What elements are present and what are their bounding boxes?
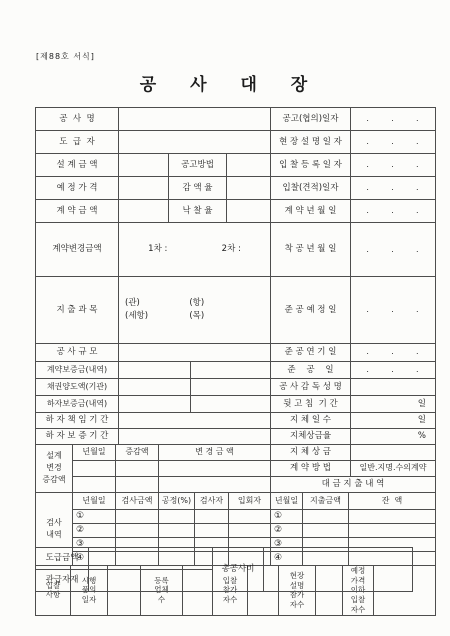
gwan-label: (관) — [125, 298, 189, 309]
witness-header: 입회자 — [229, 492, 271, 509]
site-briefing-date-label: 현 장 설 명 일 자 — [271, 131, 351, 154]
bid-date-field: . . . — [351, 177, 436, 200]
contract-sum-field — [89, 548, 213, 570]
announcement-date-label: 공고(협의)일자 — [271, 108, 351, 131]
section-amounts: 설 계 금 액 공고방법 입 찰 등 록 일 자 . . . 예 정 가 격 감… — [35, 153, 436, 223]
contract-deposit-field-2 — [191, 361, 271, 378]
section-expenditure-item: 지 출 과 목 (관) (항) (세항) (목) 준 공 예 정 일 . . . — [35, 276, 436, 344]
design-change-date-field-2 — [73, 476, 116, 492]
contract-change-amount-label: 계약변경금액 — [36, 223, 119, 277]
inspection-row-2-amount — [116, 523, 159, 537]
payout-row-1-balance — [349, 509, 436, 523]
section-summary: 도급금액 총공사비 관급자재 — [35, 547, 413, 592]
announcement-date-field: . . . — [351, 108, 436, 131]
contract-sum-label: 도급금액 — [36, 548, 89, 570]
inspection-row-1-progress — [159, 509, 195, 523]
estimated-price-field — [119, 177, 169, 200]
inspection-row-2-witness — [229, 523, 271, 537]
design-change-amount-field-2 — [116, 476, 159, 492]
contract-method-label: 계 약 방 법 — [271, 460, 351, 476]
inspection-row-1-num: ① — [73, 509, 116, 523]
defect-warranty-period-label: 하 자 보 증 기 간 — [36, 428, 119, 444]
inspection-row-1-inspector — [195, 509, 229, 523]
construction-scale-label: 공 사 규 모 — [36, 343, 119, 361]
defect-deposit-field-2 — [191, 395, 271, 412]
design-change-changed-field — [159, 460, 271, 476]
inspector-header: 검사자 — [195, 492, 229, 509]
inspection-row-1-witness — [229, 509, 271, 523]
announce-method-label: 공고방법 — [169, 154, 227, 177]
expenditure-item-label: 지 출 과 목 — [36, 277, 119, 344]
reduction-rate-label: 감 액 율 — [169, 177, 227, 200]
construction-name-label: 공 사 명 — [36, 108, 119, 131]
payout-date-header: 년월일 — [271, 492, 303, 509]
bond-transfer-field-1 — [119, 378, 191, 395]
construction-scale-field — [119, 343, 271, 361]
change-2nd-label: 2차 : — [222, 244, 241, 255]
announce-method-field — [227, 154, 271, 177]
completion-delay-date-field: . . . — [351, 343, 436, 361]
start-date-label: 착 공 년 월 일 — [271, 223, 351, 277]
gov-material-label: 관급자재 — [36, 570, 89, 592]
design-change-amount-field — [116, 460, 159, 476]
bid-registration-date-field: . . . — [351, 154, 436, 177]
winning-rate-label: 낙 찰 율 — [169, 200, 227, 223]
contract-date-label: 계 약 년 월 일 — [271, 200, 351, 223]
section-deposits: 계약보증금(내역) 준 공 일 . . . 채권양도액(기관) 공 사 감 독 … — [35, 361, 436, 413]
payout-row-2-balance — [349, 523, 436, 537]
gov-material-field — [89, 570, 213, 592]
payout-amount-header: 지출금액 — [303, 492, 349, 509]
delay-penalty-field — [351, 444, 436, 460]
delay-penalty-rate-label: 지체상금율 — [271, 428, 351, 444]
payment-detail-header: 대 금 지 출 내 역 — [271, 476, 436, 492]
contract-deposit-label: 계약보증금(내역) — [36, 361, 119, 378]
defect-deposit-field-1 — [119, 395, 191, 412]
delay-penalty-rate-field: % — [351, 428, 436, 444]
hang-label: (항) — [189, 298, 268, 309]
completion-date-field: . . . — [351, 361, 436, 378]
design-change-changed-field-2 — [159, 476, 271, 492]
section-defect-periods: 하 자 책 임 기 간 지 체 일 수 일 하 자 보 증 기 간 지체상금율 … — [35, 412, 436, 445]
scheduled-completion-date-field: . . . — [351, 277, 436, 344]
section-contract-change: 계약변경금액 1차 : 2차 : 착 공 년 월 일 . . . — [35, 222, 436, 277]
total-cost-label: 총공사비 — [213, 548, 264, 592]
design-change-changed-header: 변 경 금 액 — [159, 444, 271, 460]
contract-date-field: . . . — [351, 200, 436, 223]
contract-deposit-field-1 — [119, 361, 191, 378]
start-date-field: . . . — [351, 223, 436, 277]
design-change-date-field — [73, 460, 116, 476]
defect-liability-period-field — [119, 412, 271, 428]
contract-method-value: 일반.지명.수의계약 — [351, 460, 436, 476]
touchup-period-label: 뒷 고 침 기 간 — [271, 395, 351, 412]
inspection-row-2-num: ② — [73, 523, 116, 537]
touchup-period-field: 일 — [351, 395, 436, 412]
completion-delay-date-label: 준 공 연 기 일 — [271, 343, 351, 361]
design-change-label: 설계 변경 증감액 — [36, 444, 73, 492]
inspection-row-2-inspector — [195, 523, 229, 537]
inspection-row-1-amount — [116, 509, 159, 523]
defect-deposit-label: 하자보증금(내역) — [36, 395, 119, 412]
balance-header: 잔 액 — [349, 492, 436, 509]
inspection-progress-header: 공정(%) — [159, 492, 195, 509]
defect-liability-period-label: 하 자 책 임 기 간 — [36, 412, 119, 428]
design-amount-label: 설 계 금 액 — [36, 154, 119, 177]
contract-change-amount-field: 1차 : 2차 : — [119, 223, 271, 277]
bid-date-label: 입찰(견적)일자 — [271, 177, 351, 200]
construction-name-field — [119, 108, 271, 131]
main-table: 공 사 명 공고(협의)일자 . . . 도 급 자 현 장 설 명 일 자 .… — [35, 107, 435, 616]
delay-days-label: 지 체 일 수 — [271, 412, 351, 428]
inspection-date-header: 년월일 — [73, 492, 116, 509]
section-design-change: 설계 변경 증감액 년월일 증감액 변 경 금 액 지 체 상 금 계 약 방 … — [35, 444, 436, 493]
payout-row-2-num: ② — [271, 523, 303, 537]
design-amount-field — [119, 154, 169, 177]
payout-row-1-num: ① — [271, 509, 303, 523]
contract-amount-label: 계 약 금 액 — [36, 200, 119, 223]
bond-transfer-field-2 — [191, 378, 271, 395]
contract-amount-field — [119, 200, 169, 223]
delay-days-field: 일 — [351, 412, 436, 428]
contractor-label: 도 급 자 — [36, 131, 119, 154]
mok-label: (목) — [189, 311, 268, 322]
winning-rate-field — [227, 200, 271, 223]
total-cost-field — [264, 548, 413, 592]
reduction-rate-field — [227, 177, 271, 200]
site-briefing-date-field: . . . — [351, 131, 436, 154]
completion-date-label: 준 공 일 — [271, 361, 351, 378]
contractor-field — [119, 131, 271, 154]
payout-row-1-amount — [303, 509, 349, 523]
payout-row-2-amount — [303, 523, 349, 537]
section-basic: 공 사 명 공고(협의)일자 . . . 도 급 자 현 장 설 명 일 자 .… — [35, 107, 436, 154]
estimated-price-label: 예 정 가 격 — [36, 177, 119, 200]
delay-penalty-label: 지 체 상 금 — [271, 444, 351, 460]
supervisor-name-field — [351, 378, 436, 395]
supervisor-name-label: 공 사 감 독 성 명 — [271, 378, 351, 395]
inspection-row-2-progress — [159, 523, 195, 537]
page-title: 공 사 대 장 — [0, 70, 450, 95]
design-change-amount-header: 증감액 — [116, 444, 159, 460]
section-scale: 공 사 규 모 준 공 연 기 일 . . . — [35, 343, 436, 362]
form-number: [제88호 서식] — [36, 51, 95, 62]
bid-registration-date-label: 입 찰 등 록 일 자 — [271, 154, 351, 177]
sehang-label: (세항) — [125, 311, 189, 322]
expenditure-item-field: (관) (항) (세항) (목) — [119, 277, 271, 344]
design-change-date-header: 년월일 — [73, 444, 116, 460]
bond-transfer-label: 채권양도액(기관) — [36, 378, 119, 395]
summary-table: 도급금액 총공사비 관급자재 — [35, 547, 412, 592]
inspection-amount-header: 검사금액 — [116, 492, 159, 509]
construction-ledger-form: [제88호 서식] 공 사 대 장 공 사 명 공고(협의)일자 . . . 도… — [0, 0, 450, 636]
change-1st-label: 1차 : — [148, 244, 167, 255]
defect-warranty-period-field — [119, 428, 271, 444]
scheduled-completion-date-label: 준 공 예 정 일 — [271, 277, 351, 344]
